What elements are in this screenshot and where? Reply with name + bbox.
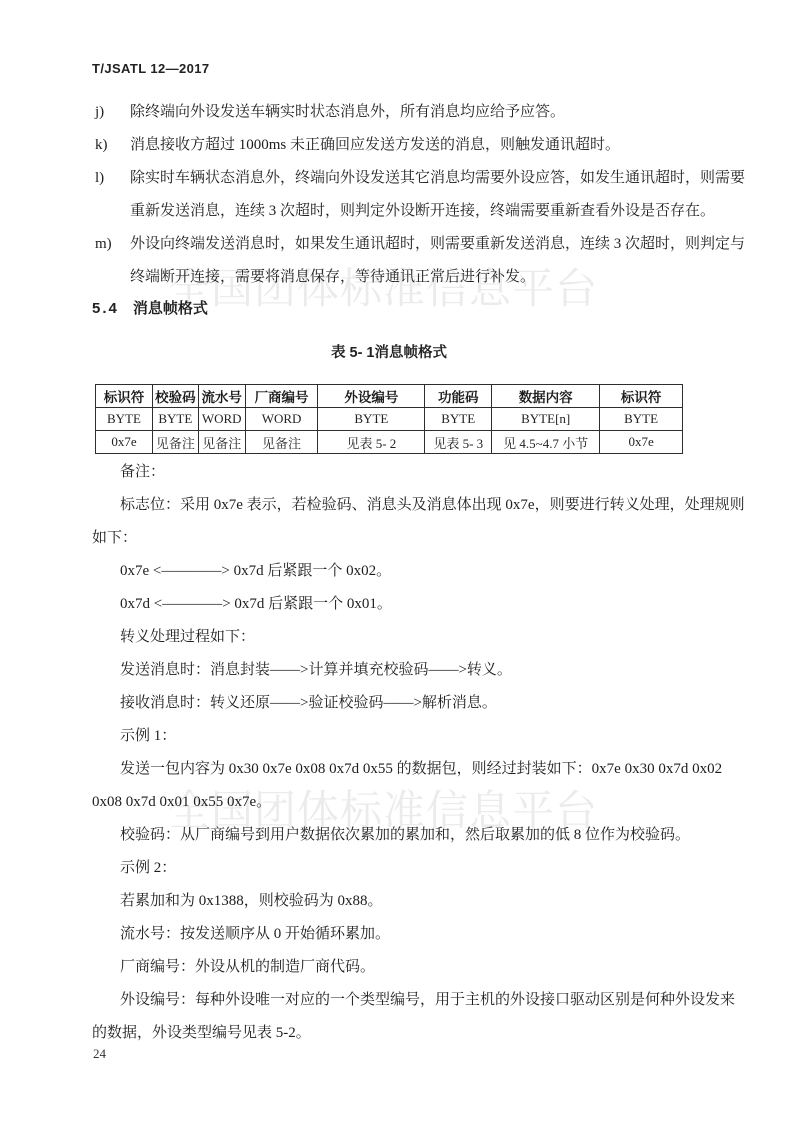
note-line: 若累加和为 0x1388，则校验码为 0x88。 bbox=[92, 885, 707, 918]
list-item-label: k) bbox=[95, 129, 108, 162]
table-header-cell: 校验码 bbox=[152, 385, 198, 408]
note-line: 接收消息时：转义还原——>验证校验码——>解析消息。 bbox=[92, 687, 707, 720]
table-cell: 见备注 bbox=[152, 431, 198, 454]
note-line: 如下： bbox=[92, 522, 707, 555]
list-item-line: 终端断开连接，需要将消息保存，等待通讯正常后进行补发。 bbox=[92, 261, 707, 294]
note-line: 厂商编号：外设从机的制造厂商代码。 bbox=[92, 951, 707, 984]
list-item: j) 除终端向外设发送车辆实时状态消息外，所有消息均应给予应答。 bbox=[92, 96, 707, 129]
note-line: 示例 2： bbox=[92, 852, 707, 885]
list-item: k) 消息接收方超过 1000ms 未正确回应发送方发送的消息，则触发通讯超时。 bbox=[92, 129, 707, 162]
table-cell: WORD bbox=[245, 408, 318, 431]
note-line: 外设编号：每种外设唯一对应的一个类型编号，用于主机的外设接口驱动区别是何种外设发… bbox=[92, 984, 707, 1017]
section-heading: 5.4消息帧格式 bbox=[92, 297, 208, 318]
note-line: 的数据，外设类型编号见表 5-2。 bbox=[92, 1017, 707, 1050]
table-cell: 见备注 bbox=[198, 431, 245, 454]
message-frame-table: 标识符 校验码 流水号 厂商编号 外设编号 功能码 数据内容 标识符 BYTE … bbox=[95, 384, 683, 454]
list-item-line: 除终端向外设发送车辆实时状态消息外，所有消息均应给予应答。 bbox=[130, 104, 565, 120]
document-page: 全国团体标准信息平台 全国团体标准信息平台 T/JSATL 12—2017 j)… bbox=[0, 0, 795, 1123]
table-cell: BYTE bbox=[425, 408, 492, 431]
note-line: 发送一包内容为 0x30 0x7e 0x08 0x7d 0x55 的数据包，则经… bbox=[92, 753, 707, 786]
table-row: BYTE BYTE WORD WORD BYTE BYTE BYTE[n] BY… bbox=[96, 408, 683, 431]
list-item: l) 除实时车辆状态消息外，终端向外设发送其它消息均需要外设应答，如发生通讯超时… bbox=[92, 162, 707, 195]
table-header-cell: 标识符 bbox=[600, 385, 683, 408]
table-header-cell: 标识符 bbox=[96, 385, 153, 408]
table-row: 0x7e 见备注 见备注 见备注 见表 5- 2 见表 5- 3 见 4.5~4… bbox=[96, 431, 683, 454]
table-cell: 见备注 bbox=[245, 431, 318, 454]
note-line: 备注： bbox=[92, 456, 707, 489]
table-header-cell: 厂商编号 bbox=[245, 385, 318, 408]
table-cell: BYTE[n] bbox=[492, 408, 600, 431]
document-title: T/JSATL 12—2017 bbox=[92, 61, 210, 76]
note-line: 转义处理过程如下： bbox=[92, 621, 707, 654]
list-item-label: l) bbox=[95, 162, 104, 195]
list-item-label: j) bbox=[95, 96, 104, 129]
table-cell: BYTE bbox=[96, 408, 153, 431]
table-header-row: 标识符 校验码 流水号 厂商编号 外设编号 功能码 数据内容 标识符 bbox=[96, 385, 683, 408]
table-cell: BYTE bbox=[600, 408, 683, 431]
note-line: 0x08 0x7d 0x01 0x55 0x7e。 bbox=[92, 786, 707, 819]
note-line: 校验码：从厂商编号到用户数据依次累加的累加和，然后取累加的低 8 位作为校验码。 bbox=[92, 819, 707, 852]
list-item-line: 重新发送消息，连续 3 次超时，则判定外设断开连接，终端需要重新查看外设是否存在… bbox=[92, 195, 707, 228]
table-header-cell: 外设编号 bbox=[318, 385, 425, 408]
table-header-cell: 数据内容 bbox=[492, 385, 600, 408]
note-line: 标志位：采用 0x7e 表示，若检验码、消息头及消息体出现 0x7e，则要进行转… bbox=[92, 489, 707, 522]
table-cell: 0x7e bbox=[96, 431, 153, 454]
page-number: 24 bbox=[93, 1046, 106, 1062]
table-caption: 表 5- 1消息帧格式 bbox=[95, 341, 683, 362]
table-cell: 见 4.5~4.7 小节 bbox=[492, 431, 600, 454]
list-item: m) 外设向终端发送消息时，如果发生通讯超时，则需要重新发送消息，连续 3 次超… bbox=[92, 228, 707, 261]
table-cell: WORD bbox=[198, 408, 245, 431]
note-line: 0x7e <————> 0x7d 后紧跟一个 0x02。 bbox=[92, 555, 707, 588]
note-line: 示例 1： bbox=[92, 720, 707, 753]
list-item-label: m) bbox=[95, 228, 112, 261]
section-title: 消息帧格式 bbox=[133, 300, 208, 317]
note-line: 流水号：按发送顺序从 0 开始循环累加。 bbox=[92, 918, 707, 951]
table-cell: 见表 5- 3 bbox=[425, 431, 492, 454]
note-line: 发送消息时：消息封装——>计算并填充校验码——>转义。 bbox=[92, 654, 707, 687]
list-item-line: 外设向终端发送消息时，如果发生通讯超时，则需要重新发送消息，连续 3 次超时，则… bbox=[130, 236, 745, 252]
table-cell: BYTE bbox=[152, 408, 198, 431]
table-cell: 0x7e bbox=[600, 431, 683, 454]
table-cell: 见表 5- 2 bbox=[318, 431, 425, 454]
table-cell: BYTE bbox=[318, 408, 425, 431]
section-number: 5.4 bbox=[92, 300, 119, 317]
table-header-cell: 功能码 bbox=[425, 385, 492, 408]
table-header-cell: 流水号 bbox=[198, 385, 245, 408]
table-notes: 备注： 标志位：采用 0x7e 表示，若检验码、消息头及消息体出现 0x7e，则… bbox=[92, 456, 707, 1050]
note-line: 0x7d <————> 0x7d 后紧跟一个 0x01。 bbox=[92, 588, 707, 621]
list-item-line: 消息接收方超过 1000ms 未正确回应发送方发送的消息，则触发通讯超时。 bbox=[130, 137, 620, 153]
list-item-line: 除实时车辆状态消息外，终端向外设发送其它消息均需要外设应答，如发生通讯超时，则需… bbox=[130, 170, 745, 186]
clause-list: j) 除终端向外设发送车辆实时状态消息外，所有消息均应给予应答。 k) 消息接收… bbox=[92, 96, 707, 294]
